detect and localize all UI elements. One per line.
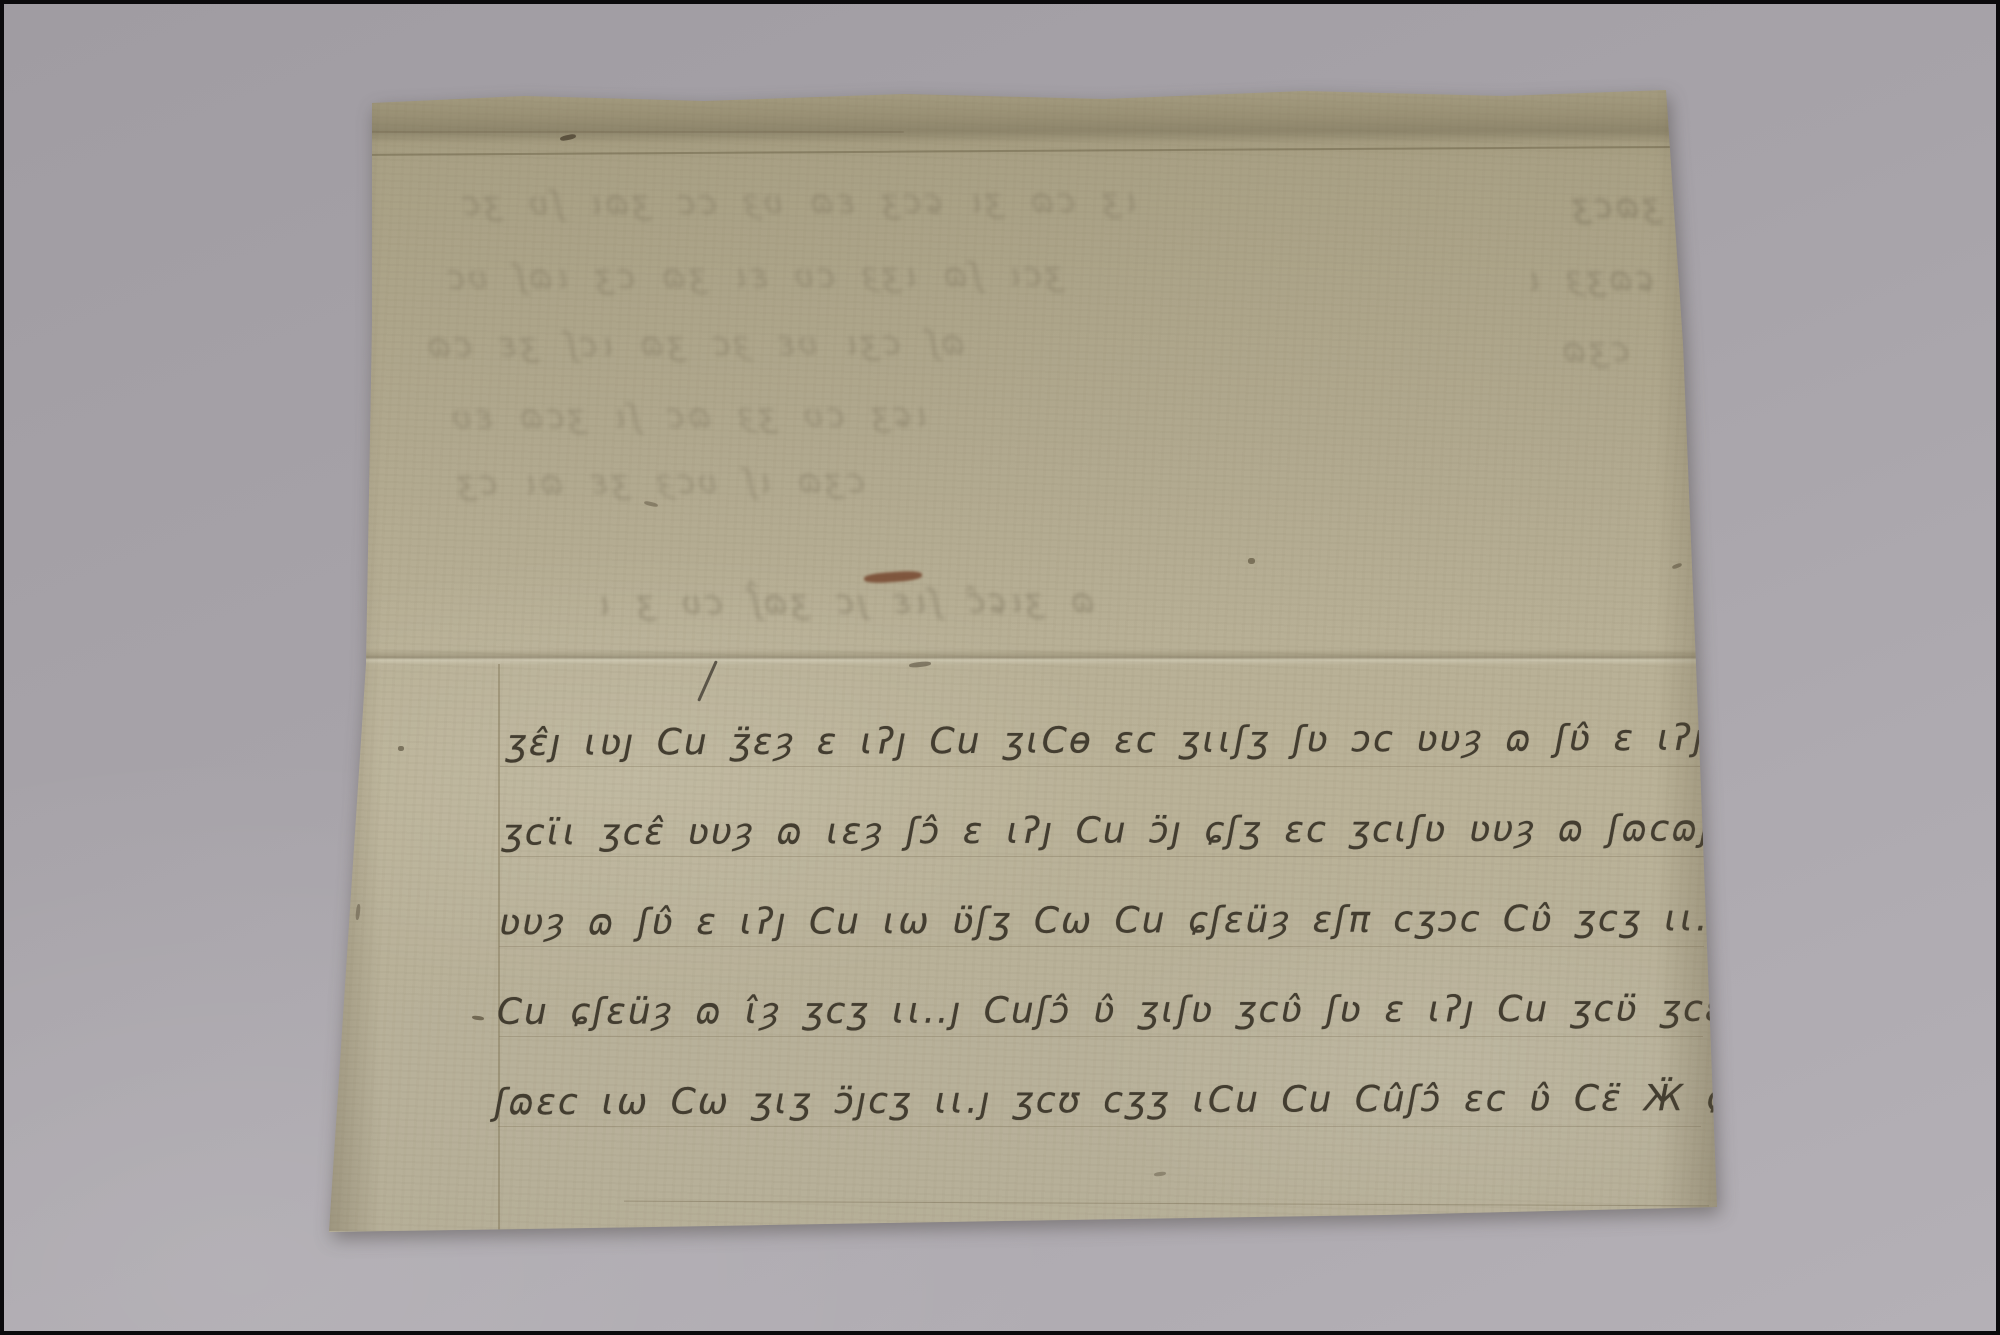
pen-stroke-mark <box>697 660 718 701</box>
baseline-rule <box>500 766 1708 767</box>
bleedthrough-line: ɩʒ ϲɷ ʒɩ ɕϲʒ ɛɷ ʋȝ ϲϲ ʒɷɩ ʃʋ ʒϲ <box>459 180 1137 223</box>
bleedthrough-line: ɷʃ ϲʒɩ ʋɛ ȝϲ ʒɷ ɩϲʃ ʒɛ ϲɷ <box>424 323 965 365</box>
fiber-speck <box>1154 1171 1166 1177</box>
bleedthrough-line: ϲʒɷ ɩʃ ʋϲȝ ʒɛ ɷɩ ϲʒ <box>454 461 865 502</box>
handwritten-line: ʃɷɛϲ ɩω Cω ʒɩʒ ɔ̈ȷϲʒ ɩɩ.ȷ ʒϲʊ ϲʒʒ ɩCu Cu… <box>494 1078 1769 1123</box>
margin-rule-line <box>498 664 500 1234</box>
paper-shadow-wrap: ɩʒ ϲɷ ʒɩ ɕϲʒ ɛɷ ʋȝ ϲϲ ʒɷɩ ʃʋ ʒϲ ʒϲɩ ʃɷ ɩ… <box>4 4 1996 1331</box>
stacked-sheet-edge <box>344 131 904 133</box>
bleedthrough-line: ɩɕʒ ϲʋ ʒȝ ɷϲ ʃɩ ʒϲɷ ɛʋ <box>449 395 927 437</box>
upper-half-tint <box>324 89 1716 659</box>
manuscript-photo: ɩʒ ϲɷ ʒɩ ɕϲʒ ɛɷ ʋȝ ϲϲ ʒɷɩ ʃʋ ʒϲ ʒϲɩ ʃɷ ɩ… <box>0 0 2000 1335</box>
stacked-sheet-edge <box>624 1201 1709 1207</box>
bleedthrough-fragment: ʒɷϲʒ <box>1569 186 1661 225</box>
bleedthrough-fragment: ɕɷʒȝ ɩ <box>1524 259 1654 299</box>
fold-crease <box>334 649 1706 665</box>
handwritten-line: ʋυȝ ɷ ʃʋ̂ ɛ ɩʔȷ Cu ɩω ʋ̈ʃʒ Cω Cu ɕʃɛüȝ ɛ… <box>499 897 1959 943</box>
handwritten-line: ʒϲɩ̈ɩ ʒϲɛ̂ ʋυȝ ɷ ɩɛȝ ʃɔ̂ ɛ ɩʔȷ Cu ɔ̈ȷ ɕʃ… <box>502 807 1999 853</box>
right-edge-shading <box>1656 90 1718 1211</box>
paper-sheet: ɩʒ ϲɷ ʒɩ ɕϲʒ ɛɷ ʋȝ ϲϲ ʒɷɩ ʃʋ ʒϲ ʒϲɩ ʃɷ ɩ… <box>4 4 1996 1331</box>
bleedthrough-line: ɷ ʒɩɕϲ̂ ʃɩɛ ȷϲ ʒɷʃ̂ ϲʋ ʒ ɩ <box>594 581 1095 623</box>
bleedthrough-line: ʒϲɩ ʃɷ ɩʒȝ ϲʋ ɛɩ ʒɷ ϲʒ ɩɷʃ ʋϲ <box>444 254 1064 296</box>
baseline-rule <box>499 1036 1703 1037</box>
baseline-rule <box>500 856 1706 857</box>
left-edge-shading <box>326 94 381 1231</box>
fiber-speck <box>472 1015 484 1021</box>
baseline-rule <box>498 1126 1701 1127</box>
bleedthrough-fragment: ϲʒɷ <box>1559 330 1629 369</box>
fiber-speck <box>1248 558 1255 564</box>
baseline-rule <box>499 946 1704 947</box>
fiber-speck <box>398 746 404 751</box>
